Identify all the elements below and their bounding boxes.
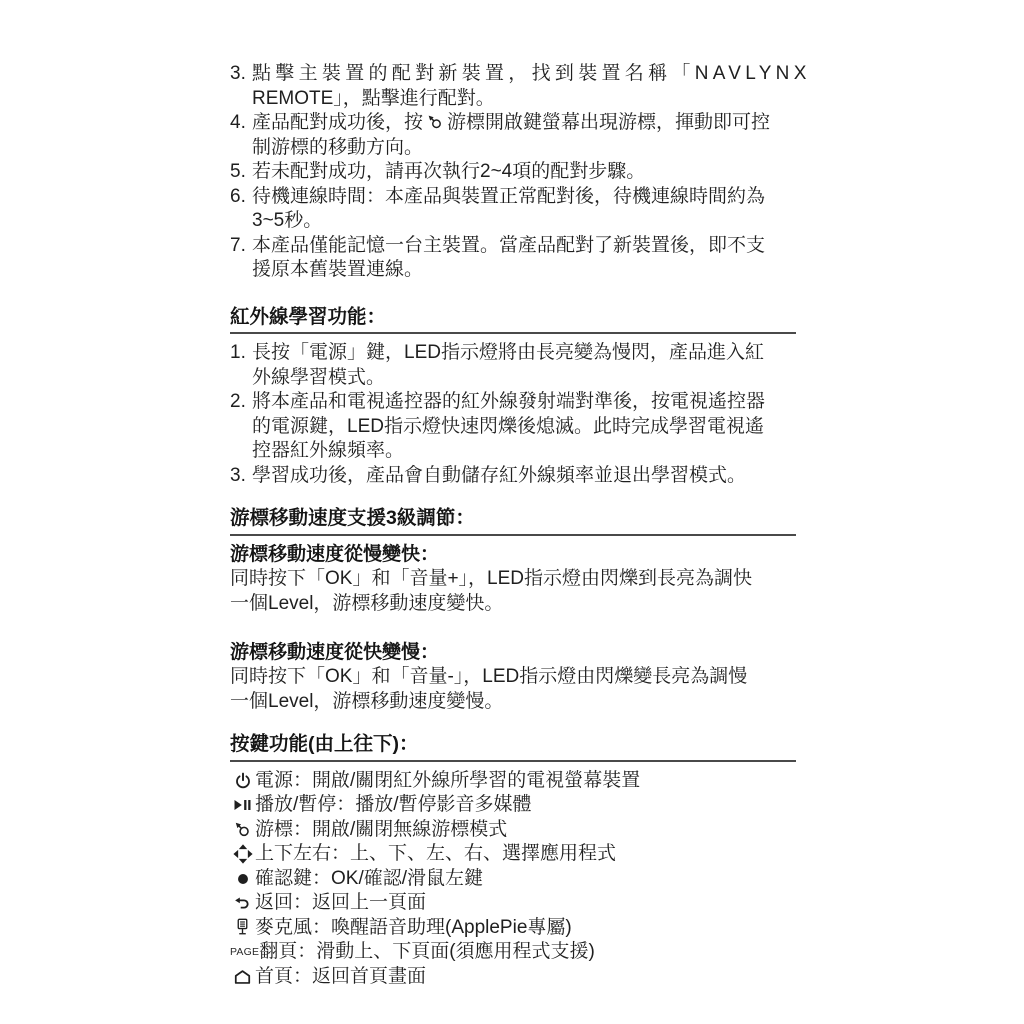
speed-slower-subtitle: 游標移動速度從快變慢：: [230, 641, 796, 666]
paragraph-line: 一個Level，游標移動速度變慢。: [230, 690, 796, 715]
step-text-line: 學習成功後，產品會自動儲存紅外線頻率並退出學習模式。: [252, 464, 796, 489]
speed-faster-subtitle: 游標移動速度從慢變快：: [230, 543, 796, 568]
button-function-text: 麥克風：喚醒語音助理(ApplePie專屬): [255, 916, 572, 941]
speed-slower-paragraph: 同時按下「OK」和「音量-」，LED指示燈由閃爍變長亮為調慢 一個Level，游…: [230, 665, 796, 714]
section-title: 紅外線學習功能：: [230, 305, 796, 330]
step-number: 2.: [230, 390, 252, 464]
button-function-row: 播放/暫停：播放/暫停影音多媒體: [230, 793, 796, 818]
step-number: 7.: [230, 234, 252, 283]
paragraph-line: 同時按下「OK」和「音量-」，LED指示燈由閃爍變長亮為調慢: [230, 665, 796, 690]
pairing-step: 3. 點擊主裝置的配對新裝置，找到裝置名稱「NAVLYNX REMOTE」，點擊…: [230, 62, 796, 111]
speed-faster-paragraph: 同時按下「OK」和「音量+」，LED指示燈由閃爍到長亮為調快 一個Level，游…: [230, 567, 796, 616]
pairing-step: 4. 產品配對成功後，按游標開啟鍵螢幕出現游標，揮動即可控 制游標的移動方向。: [230, 111, 796, 160]
button-function-text: 翻頁：滑動上、下頁面(須應用程式支援): [259, 940, 595, 965]
button-function-text: 確認鍵：OK/確認/滑鼠左鍵: [255, 867, 483, 892]
section-title: 游標移動速度支援3級調節：: [230, 506, 796, 531]
step-text-line: REMOTE」，點擊進行配對。: [252, 87, 796, 112]
step-number: 3.: [230, 464, 252, 489]
page-text-icon: PAGE: [230, 940, 259, 965]
step-number: 3.: [230, 62, 252, 111]
dpad-icon: [233, 844, 253, 864]
section-rule: [230, 534, 796, 536]
section-rule: [230, 760, 796, 762]
ir-step: 3. 學習成功後，產品會自動儲存紅外線頻率並退出學習模式。: [230, 464, 796, 489]
home-icon: [233, 969, 252, 985]
paragraph-line: 一個Level，游標移動速度變快。: [230, 592, 796, 617]
pairing-steps-list: 3. 點擊主裝置的配對新裝置，找到裝置名稱「NAVLYNX REMOTE」，點擊…: [230, 62, 796, 283]
button-function-text: 首頁：返回首頁畫面: [255, 965, 426, 990]
ir-step: 1. 長按「電源」鍵，LED指示燈將由長亮變為慢閃，產品進入紅 外線學習模式。: [230, 341, 796, 390]
manual-page: 3. 點擊主裝置的配對新裝置，找到裝置名稱「NAVLYNX REMOTE」，點擊…: [230, 62, 796, 989]
step-text-line: 長按「電源」鍵，LED指示燈將由長亮變為慢閃，產品進入紅: [252, 341, 796, 366]
ok-dot-icon: [236, 872, 250, 886]
cursor-icon: [427, 114, 443, 130]
step-text-line: 點擊主裝置的配對新裝置，找到裝置名稱「NAVLYNX: [252, 62, 796, 87]
step-text-line: 若未配對成功，請再次執行2~4項的配對步驟。: [252, 160, 796, 185]
section-title: 按鍵功能(由上往下)：: [230, 732, 796, 757]
button-function-text: 播放/暫停：播放/暫停影音多媒體: [255, 793, 532, 818]
pairing-step: 5. 若未配對成功，請再次執行2~4項的配對步驟。: [230, 160, 796, 185]
cursor-speed-section: 游標移動速度支援3級調節： 游標移動速度從慢變快： 同時按下「OK」和「音量+」…: [230, 506, 796, 714]
ir-step: 2. 將本產品和電視遙控器的紅外線發射端對準後，按電視遙控器 的電源鍵，LED指…: [230, 390, 796, 464]
button-functions-section: 按鍵功能(由上往下)： 電源：開啟/關閉紅外線所學習的電視螢幕裝置 播放/暫停：…: [230, 732, 796, 989]
button-function-text: 返回：返回上一頁面: [255, 891, 426, 916]
button-function-text: 電源：開啟/關閉紅外線所學習的電視螢幕裝置: [255, 769, 640, 794]
button-function-row: 首頁：返回首頁畫面: [230, 965, 796, 990]
step-text-line: 外線學習模式。: [252, 366, 796, 391]
button-function-row: 電源：開啟/關閉紅外線所學習的電視螢幕裝置: [230, 769, 796, 794]
step-text-line: 援原本舊裝置連線。: [252, 258, 796, 283]
step-text-line: 待機連線時間：本產品與裝置正常配對後，待機連線時間約為: [252, 185, 796, 210]
step-text-line: 產品配對成功後，按游標開啟鍵螢幕出現游標，揮動即可控: [252, 111, 796, 136]
play-pause-icon: [233, 797, 252, 813]
step-text-line: 3~5秒。: [252, 209, 796, 234]
step-number: 1.: [230, 341, 252, 390]
step-text-line: 本產品僅能記憶一台主裝置。當產品配對了新裝置後，即不支: [252, 234, 796, 259]
step-number: 6.: [230, 185, 252, 234]
power-icon: [234, 772, 252, 790]
button-function-row: PAGE 翻頁：滑動上、下頁面(須應用程式支援): [230, 940, 796, 965]
step-text-line: 將本產品和電視遙控器的紅外線發射端對準後，按電視遙控器: [252, 390, 796, 415]
button-function-row: 確認鍵：OK/確認/滑鼠左鍵: [230, 867, 796, 892]
back-icon: [234, 895, 251, 912]
button-function-text: 游標：開啟/關閉無線游標模式: [255, 818, 507, 843]
cursor-icon: [234, 821, 251, 838]
step-number: 5.: [230, 160, 252, 185]
button-function-row: 上下左右：上、下、左、右、選擇應用程式: [230, 842, 796, 867]
section-rule: [230, 332, 796, 334]
step-text-line: 制游標的移動方向。: [252, 136, 796, 161]
ir-learning-section: 紅外線學習功能： 1. 長按「電源」鍵，LED指示燈將由長亮變為慢閃，產品進入紅…: [230, 305, 796, 489]
step-number: 4.: [230, 111, 252, 160]
pairing-step: 6. 待機連線時間：本產品與裝置正常配對後，待機連線時間約為 3~5秒。: [230, 185, 796, 234]
step-text-line: 控器紅外線頻率。: [252, 439, 796, 464]
paragraph-line: 同時按下「OK」和「音量+」，LED指示燈由閃爍到長亮為調快: [230, 567, 796, 592]
button-function-row: 麥克風：喚醒語音助理(ApplePie專屬): [230, 916, 796, 941]
button-function-row: 游標：開啟/關閉無線游標模式: [230, 818, 796, 843]
step-text-line: 的電源鍵，LED指示燈快速閃爍後熄滅。此時完成學習電視遙: [252, 415, 796, 440]
button-function-row: 返回：返回上一頁面: [230, 891, 796, 916]
button-function-text: 上下左右：上、下、左、右、選擇應用程式: [255, 842, 616, 867]
microphone-icon: [234, 918, 251, 937]
pairing-step: 7. 本產品僅能記憶一台主裝置。當產品配對了新裝置後，即不支 援原本舊裝置連線。: [230, 234, 796, 283]
